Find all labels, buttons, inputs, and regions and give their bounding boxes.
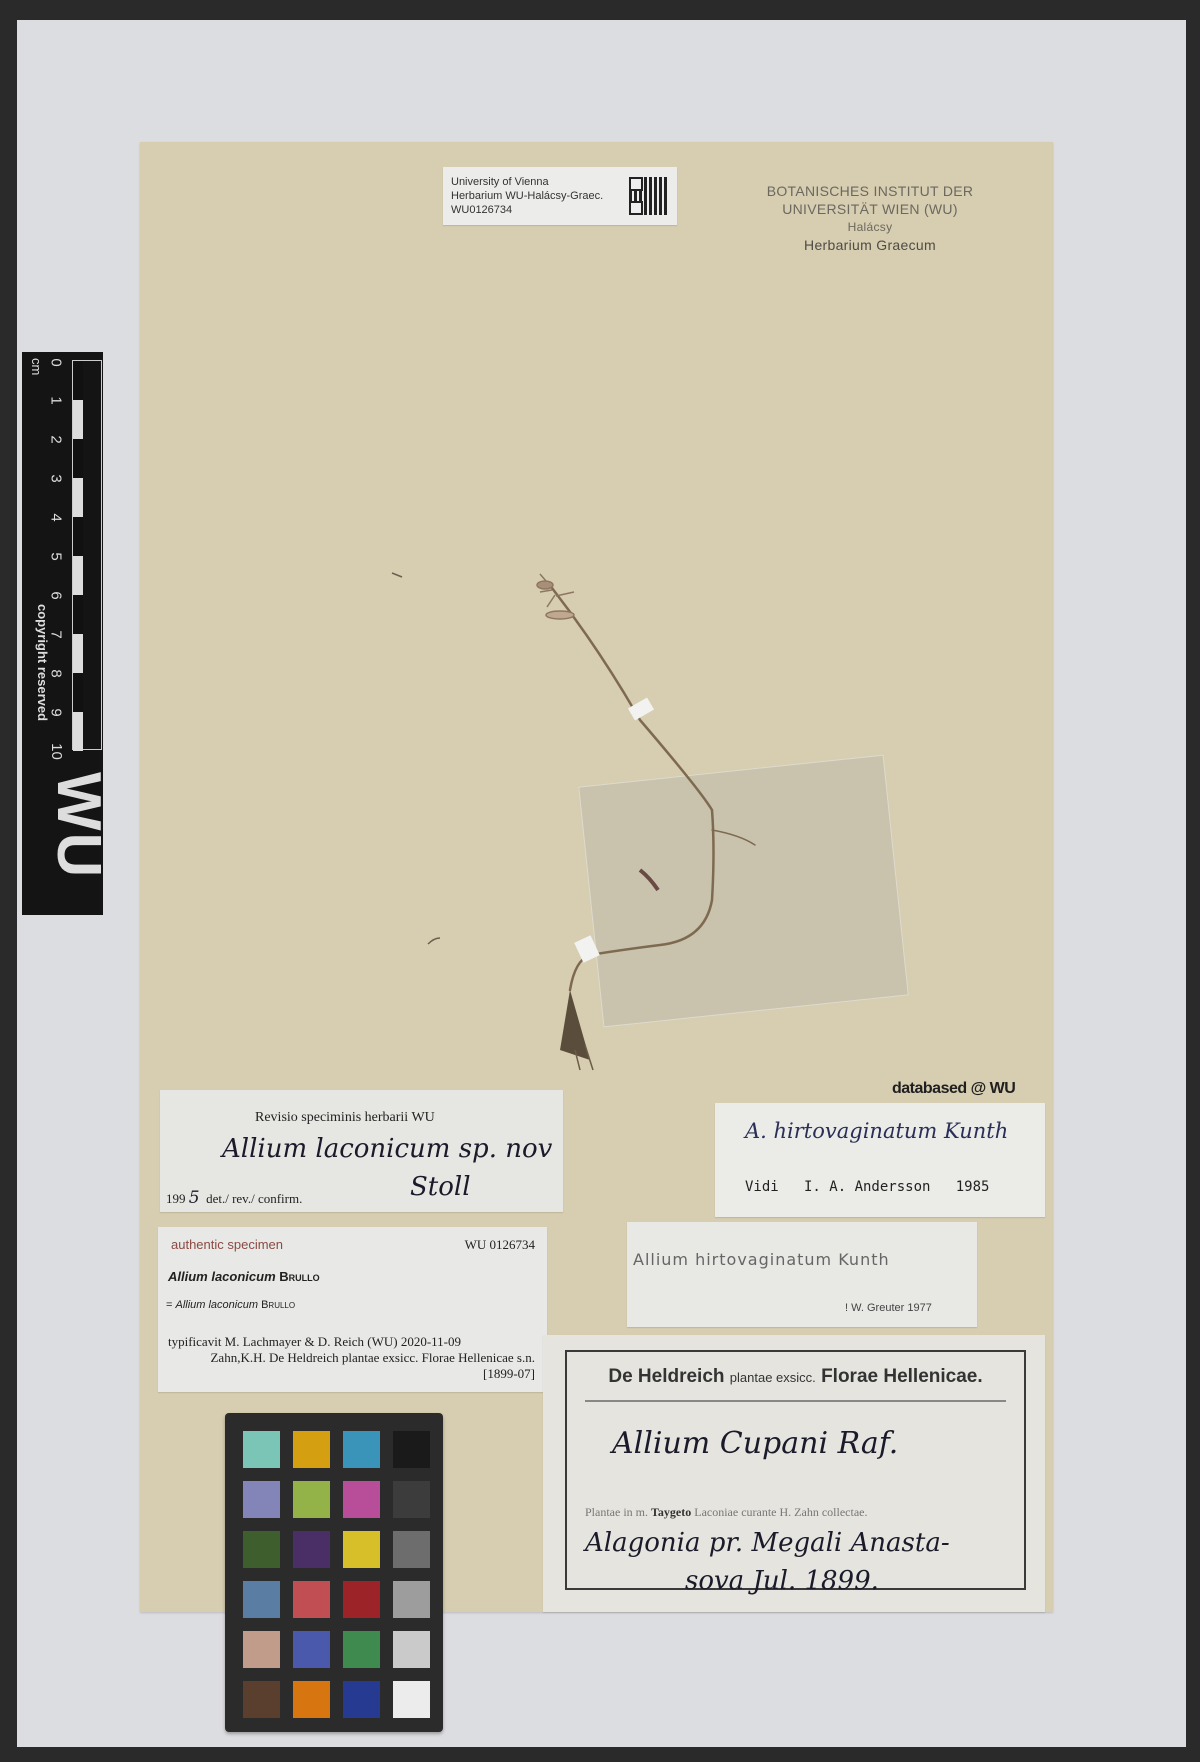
- synonym: = Allium laconicum Brullo: [166, 1299, 295, 1311]
- year-prefix: 199: [166, 1191, 186, 1206]
- color-patch: [343, 1631, 380, 1668]
- color-patch: [243, 1681, 280, 1718]
- revision-year: 199 5 det./ rev./ confirm.: [166, 1188, 302, 1208]
- vidi-handwritten-name: A. hirtovaginatum Kunth: [745, 1119, 1008, 1143]
- vidi-line: Vidi I. A. Andersson 1985: [745, 1179, 989, 1195]
- color-patch: [393, 1581, 430, 1618]
- color-patch: [293, 1681, 330, 1718]
- header-rule: [585, 1400, 1006, 1402]
- color-patch: [243, 1631, 280, 1668]
- determination-name: Allium hirtovaginatum Kunth: [633, 1250, 890, 1269]
- authentic-specimen-label: authentic specimen WU 0126734 Allium lac…: [158, 1227, 547, 1392]
- color-patch: [293, 1631, 330, 1668]
- catalog-number: WU 0126734: [465, 1237, 535, 1253]
- revision-label: Revisio speciminis herbarii WU Allium la…: [160, 1090, 563, 1212]
- color-patch: [293, 1531, 330, 1568]
- species-name: Allium laconicum Brullo: [168, 1269, 320, 1284]
- location-line: Plantae in m. Taygeto Laconiae curante H…: [585, 1505, 867, 1520]
- authentic-tag: authentic specimen: [171, 1237, 283, 1252]
- year-digit: 5: [189, 1188, 200, 1208]
- color-patch: [293, 1581, 330, 1618]
- color-patch: [293, 1431, 330, 1468]
- collection-ref: Zahn,K.H. De Heldreich plantae exsicc. F…: [168, 1350, 535, 1366]
- determination-label: Allium hirtovaginatum Kunth ! W. Greuter…: [627, 1222, 977, 1327]
- location-post: Laconiae curante H. Zahn collectae.: [691, 1505, 867, 1519]
- databased-stamp: databased @ WU: [892, 1080, 1015, 1098]
- determination-by: ! W. Greuter 1977: [845, 1302, 932, 1314]
- color-patch: [243, 1531, 280, 1568]
- species-author: Brullo: [279, 1269, 319, 1284]
- handwritten-species: Allium Cupani Raf.: [612, 1426, 898, 1461]
- color-patch: [293, 1481, 330, 1518]
- header-right: Florae Hellenicae.: [821, 1366, 983, 1387]
- color-patch: [243, 1481, 280, 1518]
- typification: typificavit M. Lachmayer & D. Reich (WU)…: [168, 1334, 535, 1350]
- det-text: det./ rev./ confirm.: [206, 1191, 302, 1206]
- color-patch: [343, 1531, 380, 1568]
- typification-block: typificavit M. Lachmayer & D. Reich (WU)…: [168, 1334, 535, 1382]
- color-patch: [243, 1431, 280, 1468]
- revision-signature: Stoll: [410, 1172, 471, 1202]
- original-collection-label: De Heldreich plantae exsicc. Florae Hell…: [543, 1335, 1045, 1612]
- color-patch: [393, 1481, 430, 1518]
- label-frame: De Heldreich plantae exsicc. Florae Hell…: [565, 1350, 1026, 1590]
- color-calibration-chart: [225, 1413, 443, 1732]
- header-left: De Heldreich: [608, 1366, 724, 1387]
- color-patch: [393, 1631, 430, 1668]
- color-patch: [243, 1581, 280, 1618]
- color-patch: [393, 1681, 430, 1718]
- location-pre: Plantae in m.: [585, 1505, 651, 1519]
- header-mid: plantae exsicc.: [730, 1370, 816, 1385]
- color-patch: [343, 1431, 380, 1468]
- collection-date: [1899-07]: [168, 1366, 535, 1382]
- synonym-author: Brullo: [261, 1299, 295, 1311]
- handwritten-locality-1: Alagonia pr. Megali Anasta-: [585, 1528, 950, 1558]
- synonym-name: Allium laconicum: [175, 1299, 258, 1311]
- location-bold: Taygeto: [651, 1505, 691, 1519]
- revision-title: Revisio speciminis herbarii WU: [255, 1110, 435, 1126]
- color-patch: [343, 1681, 380, 1718]
- collection-header: De Heldreich plantae exsicc. Florae Hell…: [567, 1366, 1024, 1388]
- revision-handwritten-name: Allium laconicum sp. nov: [222, 1134, 552, 1164]
- vidi-label: A. hirtovaginatum Kunth Vidi I. A. Ander…: [715, 1103, 1045, 1217]
- handwritten-locality-2: sova Jul. 1899.: [685, 1566, 879, 1596]
- species-binomial: Allium laconicum: [168, 1269, 276, 1284]
- color-patch: [343, 1481, 380, 1518]
- color-patch: [393, 1531, 430, 1568]
- color-patch: [343, 1581, 380, 1618]
- color-patch: [393, 1431, 430, 1468]
